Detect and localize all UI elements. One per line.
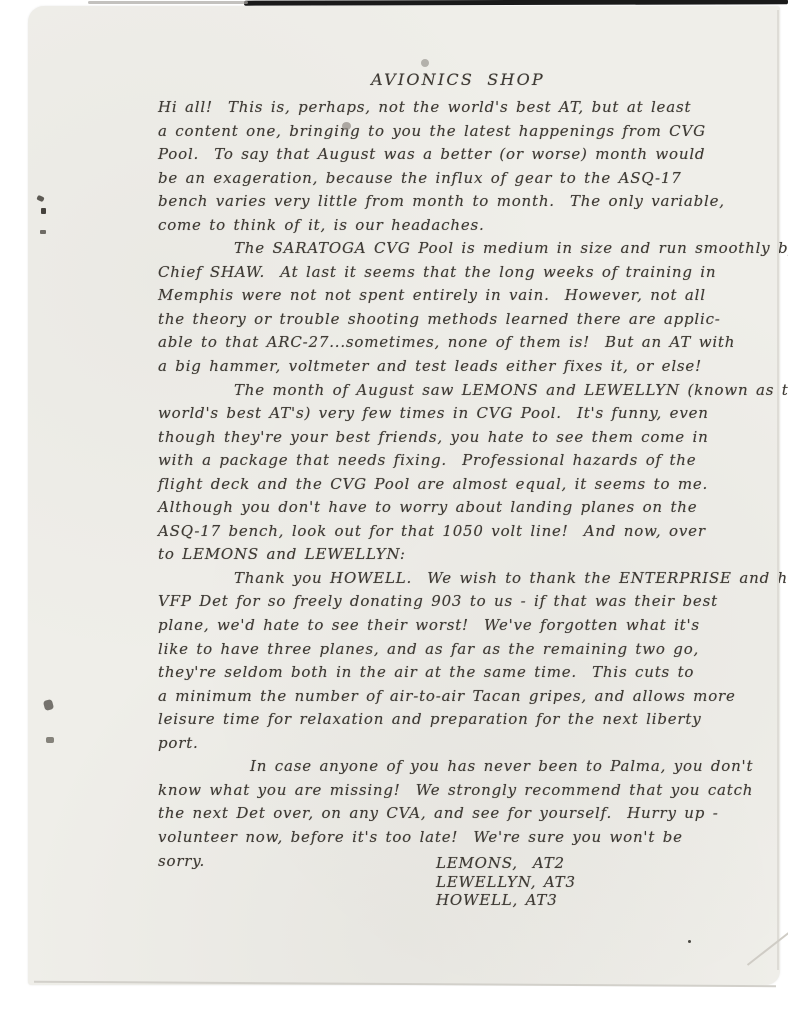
page-title: AVIONICS SHOP (178, 70, 738, 89)
scanned-page: AVIONICS SHOP Hi all! This is, perhaps, … (28, 6, 780, 985)
text-line: to LEMONS and LEWELLYN: (158, 543, 730, 567)
text-line: Memphis were not not spent entirely in v… (158, 284, 730, 308)
text-line: Although you don't have to worry about l… (158, 496, 730, 520)
text-line: come to think of it, is our headaches. (158, 214, 730, 238)
text-line: bench varies very little from month to m… (158, 190, 730, 214)
text-line: plane, we'd hate to see their worst! We'… (158, 614, 730, 638)
signature-line: HOWELL, AT3 (436, 891, 576, 910)
text-line: Thank you HOWELL. We wish to thank the E… (158, 567, 730, 591)
text-line: leisure time for relaxation and preparat… (158, 708, 730, 732)
text-line: the theory or trouble shooting methods l… (158, 308, 730, 332)
text-line: VFP Det for so freely donating 903 to us… (158, 590, 730, 614)
text-line: The SARATOGA CVG Pool is medium in size … (158, 237, 730, 261)
scan-speck (421, 59, 429, 67)
text-line: volunteer now, before it's too late! We'… (158, 826, 730, 850)
paragraph-3: The month of August saw LEMONS and LEWEL… (158, 379, 730, 567)
paragraph-2: The SARATOGA CVG Pool is medium in size … (158, 237, 730, 378)
text-line: port. (158, 732, 730, 756)
text-line: like to have three planes, and as far as… (158, 638, 730, 662)
text-line: with a package that needs fixing. Profes… (158, 449, 730, 473)
scan-edge-top-smudge (88, 1, 248, 4)
text-line: a big hammer, voltmeter and test leads e… (158, 355, 730, 379)
text-line: ASQ-17 bench, look out for that 1050 vol… (158, 520, 730, 544)
binding-mark (46, 737, 54, 743)
text-line: The month of August saw LEMONS and LEWEL… (158, 379, 730, 403)
text-line: flight deck and the CVG Pool are almost … (158, 473, 730, 497)
text-line: In case anyone of you has never been to … (158, 755, 730, 779)
paragraph-4: Thank you HOWELL. We wish to thank the E… (158, 567, 730, 755)
document-body: Hi all! This is, perhaps, not the world'… (158, 96, 730, 873)
text-line: the next Det over, on any CVA, and see f… (158, 802, 730, 826)
text-line: Hi all! This is, perhaps, not the world'… (158, 96, 730, 120)
scan-speck (688, 940, 691, 943)
text-line: be an exageration, because the influx of… (158, 167, 730, 191)
binding-mark (41, 208, 46, 214)
ink-smudge (342, 122, 351, 130)
text-line: world's best AT's) very few times in CVG… (158, 402, 730, 426)
binding-mark (40, 230, 46, 234)
text-line: a content one, bringing to you the lates… (158, 120, 730, 144)
text-line: Pool. To say that August was a better (o… (158, 143, 730, 167)
text-line: able to that ARC-27...sometimes, none of… (158, 331, 730, 355)
signature-block: LEMONS, AT2LEWELLYN, AT3HOWELL, AT3 (436, 854, 576, 910)
text-line: they're seldom both in the air at the sa… (158, 661, 730, 685)
text-line: know what you are missing! We strongly r… (158, 779, 730, 803)
scan-background: AVIONICS SHOP Hi all! This is, perhaps, … (0, 0, 788, 1024)
text-line: Chief SHAW. At last it seems that the lo… (158, 261, 730, 285)
paragraph-1: Hi all! This is, perhaps, not the world'… (158, 96, 730, 237)
scan-edge-top (244, 0, 788, 6)
text-line: a minimum the number of air-to-air Tacan… (158, 685, 730, 709)
signature-line: LEMONS, AT2 (436, 854, 576, 873)
paper-right-edge (777, 10, 779, 970)
signature-line: LEWELLYN, AT3 (436, 873, 576, 892)
text-line: though they're your best friends, you ha… (158, 426, 730, 450)
